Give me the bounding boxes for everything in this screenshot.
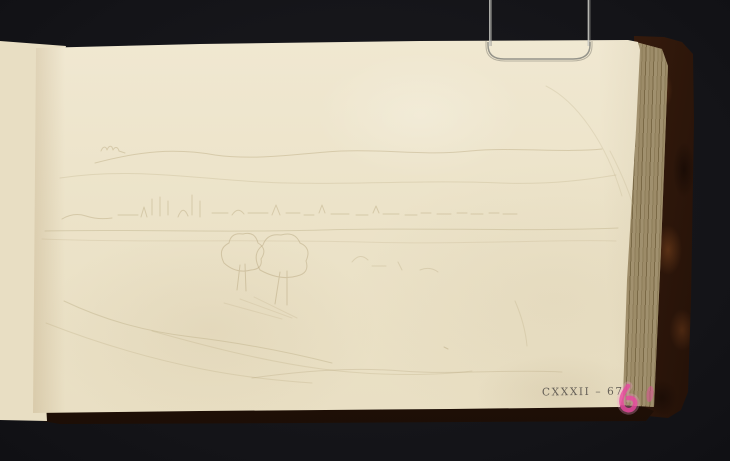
folio-stamp: CXXXII – 67 bbox=[542, 386, 632, 399]
sketchbook-photograph: CXXXII – 67 bbox=[0, 0, 730, 461]
